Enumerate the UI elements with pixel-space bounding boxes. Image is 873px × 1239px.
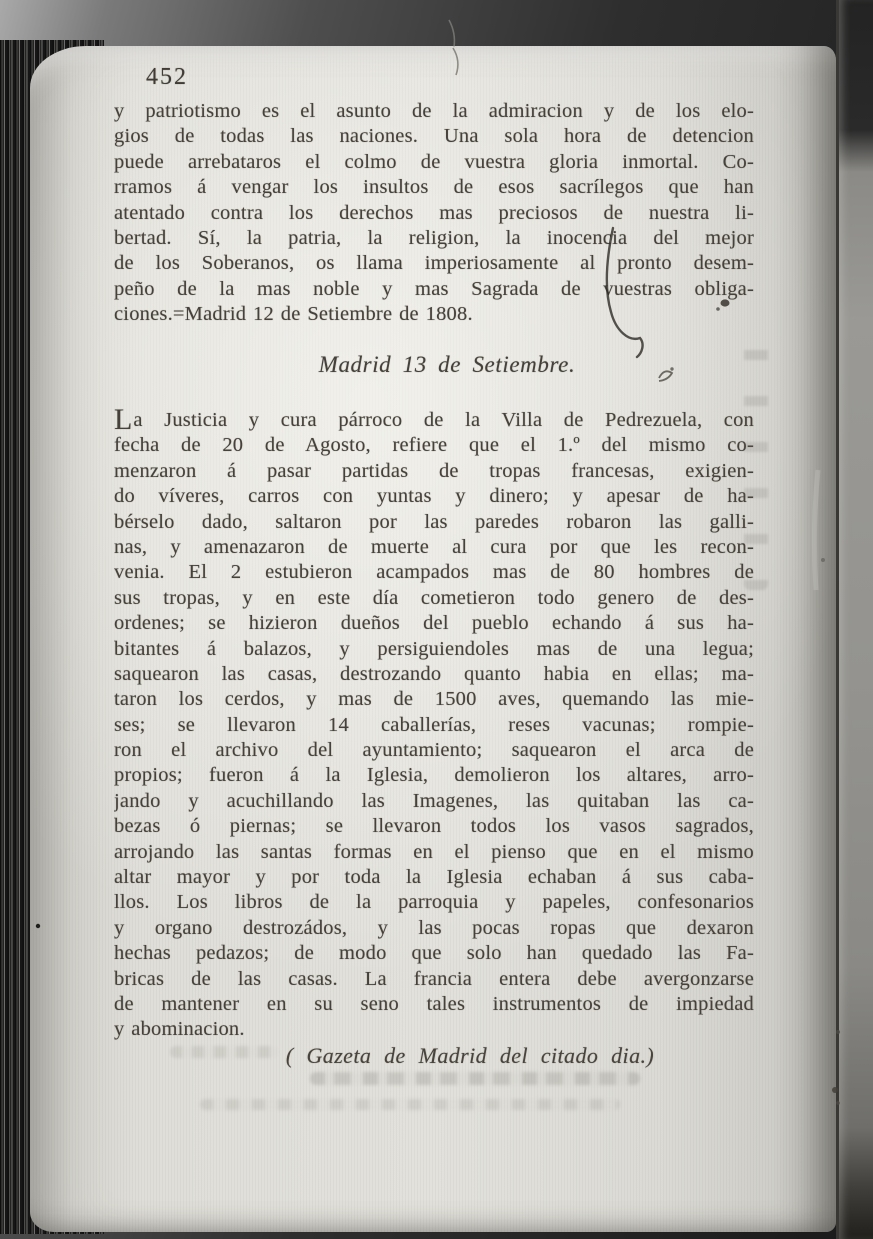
book-page: 452 y patriotismo es el asunto de la adm… [30,46,836,1232]
text-line: saquearon las casas, destrozando quanto … [114,662,754,687]
text-line: rramos á vengar los insultos de esos sac… [114,175,754,200]
text-line: y abominacion. [114,1017,754,1042]
text-line: gios de todas las naciones. Una sola hor… [114,124,754,149]
section-heading: Madrid 13 de Setiembre. [114,352,754,384]
text-line: y patriotismo es el asunto de la admirac… [114,99,754,124]
text-line: de mantener en su seno tales instrumento… [114,992,754,1017]
text-line: puede arrebataros el colmo de vuestra gl… [114,150,754,175]
text-line: ciones.=Madrid 12 de Setiembre de 1808. [114,302,754,327]
text-line: do víveres, carros con yuntas y dinero; … [114,484,754,509]
text-line: ses; se llevaron 14 caballerías, reses v… [114,713,754,738]
text-line: propios; fueron á la Iglesia, demolieron… [114,763,754,788]
tear-mark [449,20,454,47]
text-line: de los Soberanos, os llama imperiosament… [114,251,754,276]
text-line: llos. Los libros de la parroquia y papel… [114,890,754,915]
paragraph-1: y patriotismo es el asunto de la admirac… [114,99,754,328]
text-line: La Justicia y cura párroco de la Villa d… [114,408,754,433]
paragraph-2: La Justicia y cura párroco de la Villa d… [114,408,754,1043]
text-line: menzaron á pasar partidas de tropas fran… [114,459,754,484]
text-line: y organo destrozádos, y las pocas ropas … [114,916,754,941]
text-line: venia. El 2 estubieron acampados mas de … [114,560,754,585]
text-line: jando y acuchillando las Imagenes, las q… [114,789,754,814]
text-line: peño de la mas noble y mas Sagrada de vu… [114,277,754,302]
text-line: bertad. Sí, la patria, la religion, la i… [114,226,754,251]
source-citation: ( Gazeta de Madrid del citado dia.) [114,1043,754,1073]
text-line: bezas ó piernas; se llevaron todos los v… [114,814,754,839]
book-gutter-strip [836,0,873,1239]
text-line: ron el archivo del ayuntamiento; saquear… [114,738,754,763]
photo-background: 452 y patriotismo es el asunto de la adm… [0,0,873,1239]
text-line: ordenes; se hizieron dueños del pueblo e… [114,611,754,636]
text-line: hechas pedazos; de modo que solo han que… [114,941,754,966]
text-line: fecha de 20 de Agosto, refiere que el 1.… [114,433,754,458]
text-line: nas, y amenazaron de muerte al cura por … [114,535,754,560]
text-line: bricas de las casas. La francia entera d… [114,967,754,992]
text-line: arrojando las santas formas en el pienso… [114,840,754,865]
text-line: altar mayor y por toda la Iglesia echaba… [114,865,754,890]
text-line: bérselo dado, saltaron por las paredes r… [114,510,754,535]
text-line: taron los cerdos, y mas de 1500 aves, qu… [114,687,754,712]
text-line: sus tropas, y en este día cometieron tod… [114,586,754,611]
page-number: 452 [146,64,188,91]
text-line: atentado contra los derechos mas precios… [114,201,754,226]
text-line: bitantes á balazos, y persiguiendoles ma… [114,637,754,662]
